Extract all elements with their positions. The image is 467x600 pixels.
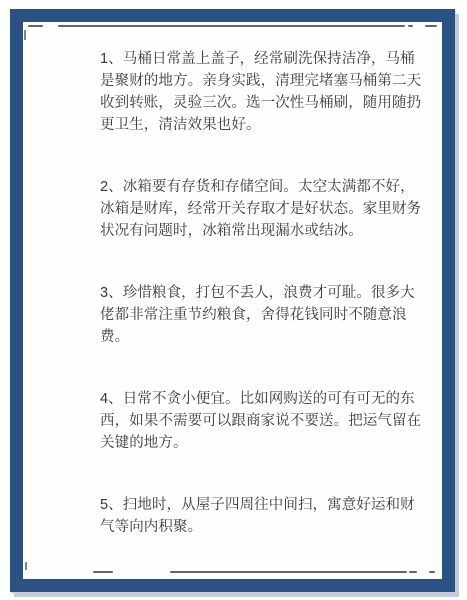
tip-paragraph: 3、珍惜粮食，打包不丢人，浪费才可耻。很多大 佬都非常注重节约粮食，舍得花钱同时… — [100, 282, 430, 348]
tip-paragraph: 2、冰箱要有存货和存储空间。太空太满都不好， 冰箱是财库，经常开关存取才是好状态… — [100, 176, 430, 242]
tip-paragraph: 5、扫地时，从屋子四周往中间扫，寓意好运和财 气等向内积聚。 — [100, 494, 430, 538]
decorative-tick-bottom-left — [25, 562, 27, 570]
card-content: 1、马桶日常盖上盖子，经常刷洗保持洁净，马桶 是聚财的地方。亲身实践，清理完堵塞… — [23, 22, 442, 579]
bordered-card: 1、马桶日常盖上盖子，经常刷洗保持洁净，马桶 是聚财的地方。亲身实践，清理完堵塞… — [10, 9, 455, 592]
rule-segment — [170, 571, 407, 573]
rule-segment — [429, 571, 435, 573]
rule-segment — [408, 25, 413, 27]
page-background: 1、马桶日常盖上盖子，经常刷洗保持洁净，马桶 是聚财的地方。亲身实践，清理完堵塞… — [0, 0, 467, 600]
decorative-rule-bottom — [93, 571, 437, 573]
rule-segment — [93, 571, 113, 573]
rule-segment — [28, 25, 43, 27]
tip-paragraph: 1、马桶日常盖上盖子，经常刷洗保持洁净，马桶 是聚财的地方。亲身实践，清理完堵塞… — [100, 48, 430, 136]
rule-segment — [425, 25, 437, 27]
decorative-rule-top — [28, 25, 438, 27]
decorative-tick-top-left — [24, 30, 26, 40]
tips-list: 1、马桶日常盖上盖子，经常刷洗保持洁净，马桶 是聚财的地方。亲身实践，清理完堵塞… — [100, 48, 430, 538]
rule-segment — [409, 571, 417, 573]
tip-paragraph: 4、日常不贪小便宜。比如网购送的可有可无的东 西，如果不需要可以跟商家说不要送。… — [100, 388, 430, 454]
rule-segment — [58, 25, 405, 27]
